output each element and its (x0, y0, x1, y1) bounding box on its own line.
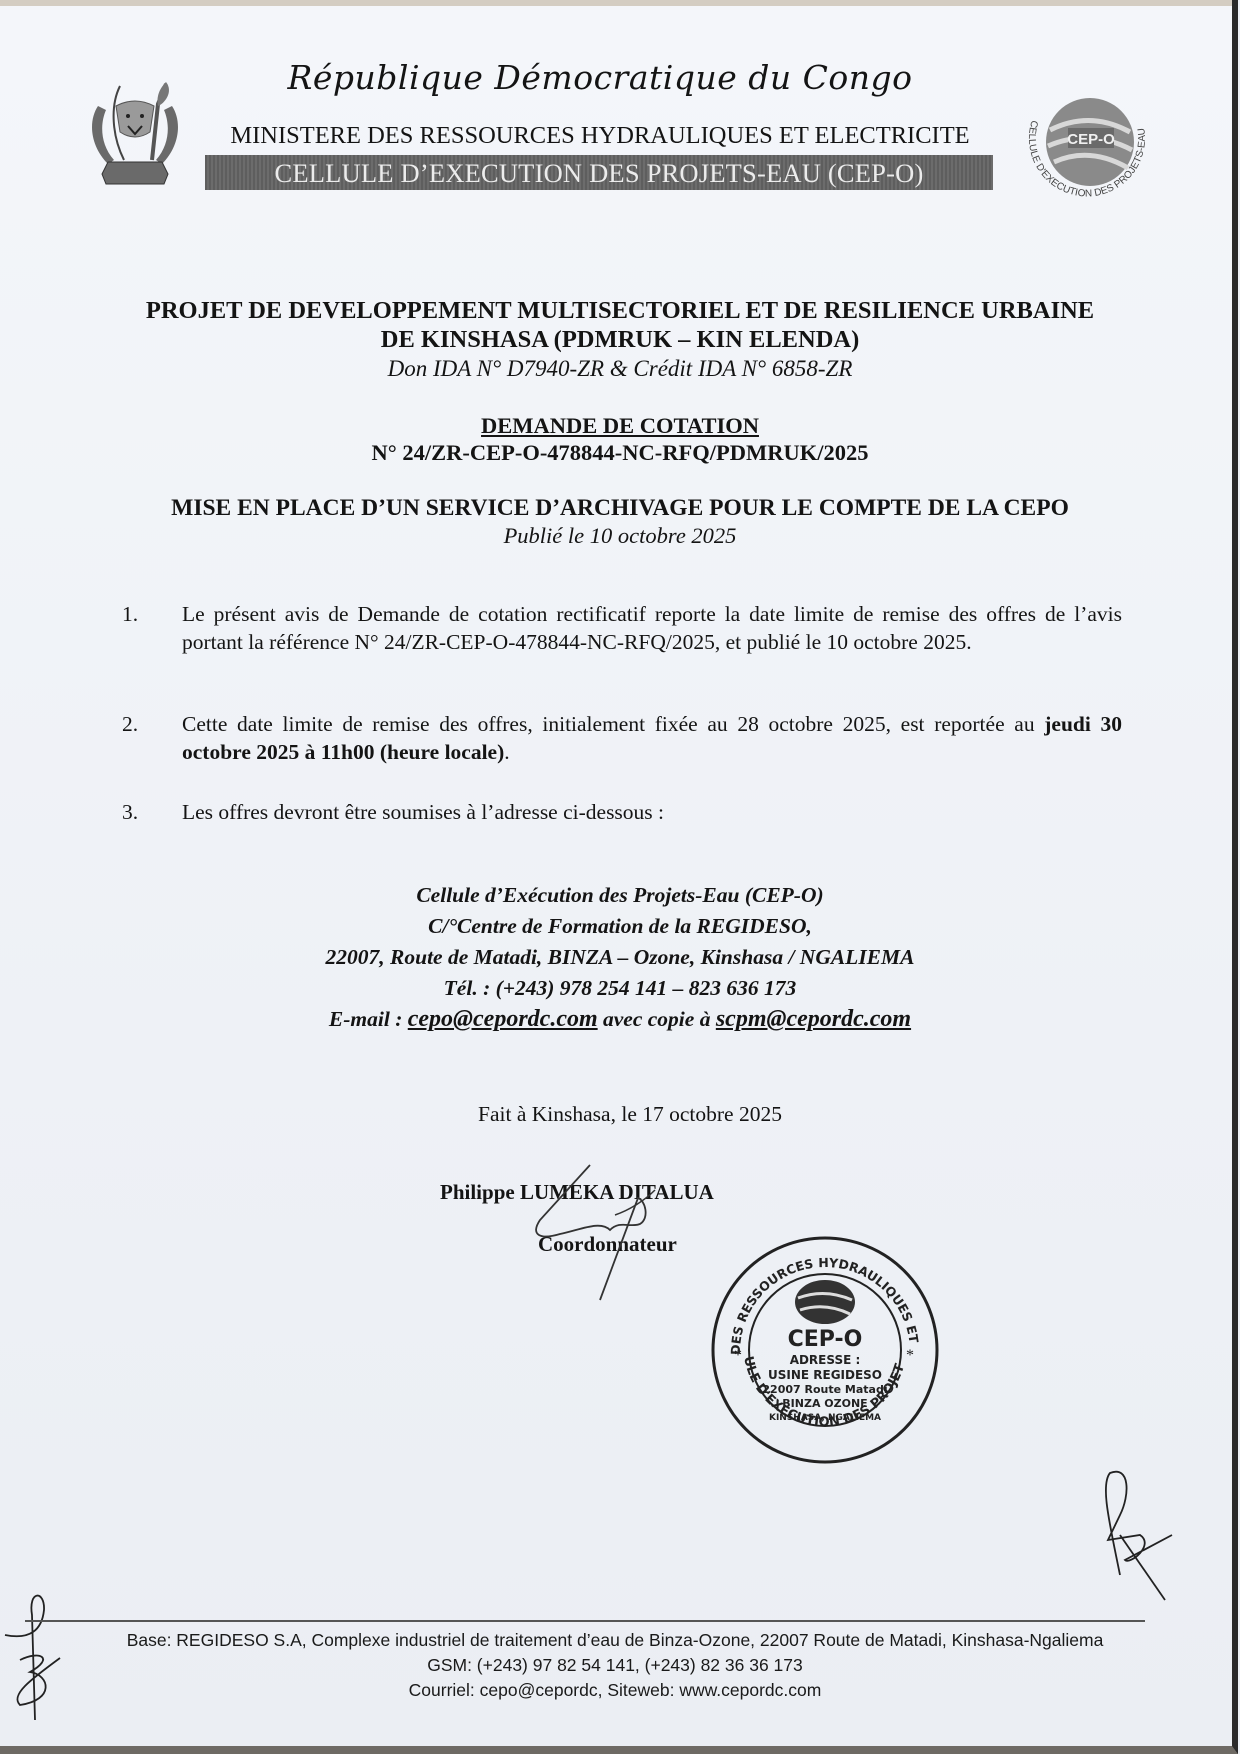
item-number: 1. (122, 600, 162, 628)
item-text-end: . (504, 740, 509, 764)
address-line: 22007, Route de Matadi, BINZA – Ozone, K… (210, 942, 1030, 973)
initials-right-icon (1080, 1465, 1180, 1605)
financing-reference: Don IDA N° D7940-ZR & Crédit IDA N° 6858… (110, 354, 1130, 383)
request-reference: N° 24/ZR-CEP-O-478844-NC-RFQ/PDMRUK/2025 (110, 439, 1130, 466)
footer-contact: Courriel: cepo@cepordc, Siteweb: www.cep… (40, 1678, 1190, 1703)
request-subject: MISE EN PLACE D’UN SERVICE D’ARCHIVAGE P… (110, 494, 1130, 522)
svg-text:USINE REGIDESO: USINE REGIDESO (768, 1368, 882, 1382)
footer-address: Base: REGIDESO S.A, Complexe industriel … (40, 1628, 1190, 1653)
item-number: 2. (122, 710, 162, 738)
request-block: DEMANDE DE COTATION N° 24/ZR-CEP-O-47884… (110, 412, 1130, 466)
item-number: 3. (122, 798, 162, 826)
coat-of-arms-icon (80, 76, 190, 188)
ministry-name: MINISTERE DES RESSOURCES HYDRAULIQUES ET… (200, 122, 1000, 150)
svg-text:CEP-O: CEP-O (788, 1327, 863, 1352)
svg-text:*: * (906, 1347, 914, 1364)
footer-phone: GSM: (+243) 97 82 54 141, (+243) 82 36 3… (40, 1653, 1190, 1678)
cepo-logo-icon: CEP-O CELLULE D'EXECUTION DES PROJETS-EA… (1010, 80, 1160, 220)
address-line: Cellule d’Exécution des Projets-Eau (CEP… (210, 880, 1030, 911)
phone-line: Tél. : (+243) 978 254 141 – 823 636 173 (210, 973, 1030, 1004)
place-date: Fait à Kinshasa, le 17 octobre 2025 (430, 1102, 830, 1127)
item-text: Les offres devront être soumises à l’adr… (182, 798, 1122, 826)
list-item: 3. Les offres devront être soumises à l’… (122, 798, 1122, 826)
official-stamp-icon: MINISTERE DES RESSOURCES HYDRAULIQUES ET… (700, 1222, 950, 1472)
email-line: E-mail : cepo@cepordc.com avec copie à s… (210, 1004, 1030, 1035)
subject-block: MISE EN PLACE D’UN SERVICE D’ARCHIVAGE P… (110, 494, 1130, 550)
publication-date: Publié le 10 octobre 2025 (110, 522, 1130, 550)
email-joiner: avec copie à (598, 1007, 716, 1031)
svg-text:KINSHASA, NGALIEMA: KINSHASA, NGALIEMA (769, 1413, 881, 1423)
document-page: République Démocratique du Congo MINISTE… (0, 0, 1238, 1754)
footer-divider (25, 1620, 1145, 1622)
list-item: 1. Le présent avis de Demande de cotatio… (122, 600, 1122, 656)
item-text: Cette date limite de remise des offres, … (182, 710, 1122, 766)
svg-text:CEP-O: CEP-O (1067, 131, 1115, 148)
svg-text:*: * (734, 1347, 742, 1364)
handwritten-signature-icon (520, 1160, 720, 1310)
unit-banner: CELLULE D’EXECUTION DES PROJETS-EAU (CEP… (205, 155, 993, 190)
request-heading: DEMANDE DE COTATION (110, 412, 1130, 439)
project-title-block: PROJET DE DEVELOPPEMENT MULTISECTORIEL E… (110, 296, 1130, 383)
footer: Base: REGIDESO S.A, Complexe industriel … (40, 1628, 1190, 1703)
country-name: République Démocratique du Congo (220, 58, 980, 97)
email-label: E-mail : (329, 1007, 408, 1031)
email-primary-link[interactable]: cepo@cepordc.com (408, 1006, 598, 1032)
project-title-line1: PROJET DE DEVELOPPEMENT MULTISECTORIEL E… (110, 296, 1130, 325)
list-item: 2. Cette date limite de remise des offre… (122, 710, 1122, 766)
item-text-main: Cette date limite de remise des offres, … (182, 712, 1044, 736)
svg-text:BINZA OZONE: BINZA OZONE (782, 1397, 867, 1410)
email-copy-link[interactable]: scpm@cepordc.com (716, 1006, 911, 1032)
submission-address: Cellule d’Exécution des Projets-Eau (CEP… (210, 880, 1030, 1035)
project-title-line2: DE KINSHASA (PDMRUK – KIN ELENDA) (110, 325, 1130, 354)
svg-text:22007 Route Matadi: 22007 Route Matadi (762, 1383, 887, 1396)
address-line: C/°Centre de Formation de la REGIDESO, (210, 911, 1030, 942)
item-text: Le présent avis de Demande de cotation r… (182, 600, 1122, 656)
svg-text:ADRESSE :: ADRESSE : (790, 1353, 861, 1367)
